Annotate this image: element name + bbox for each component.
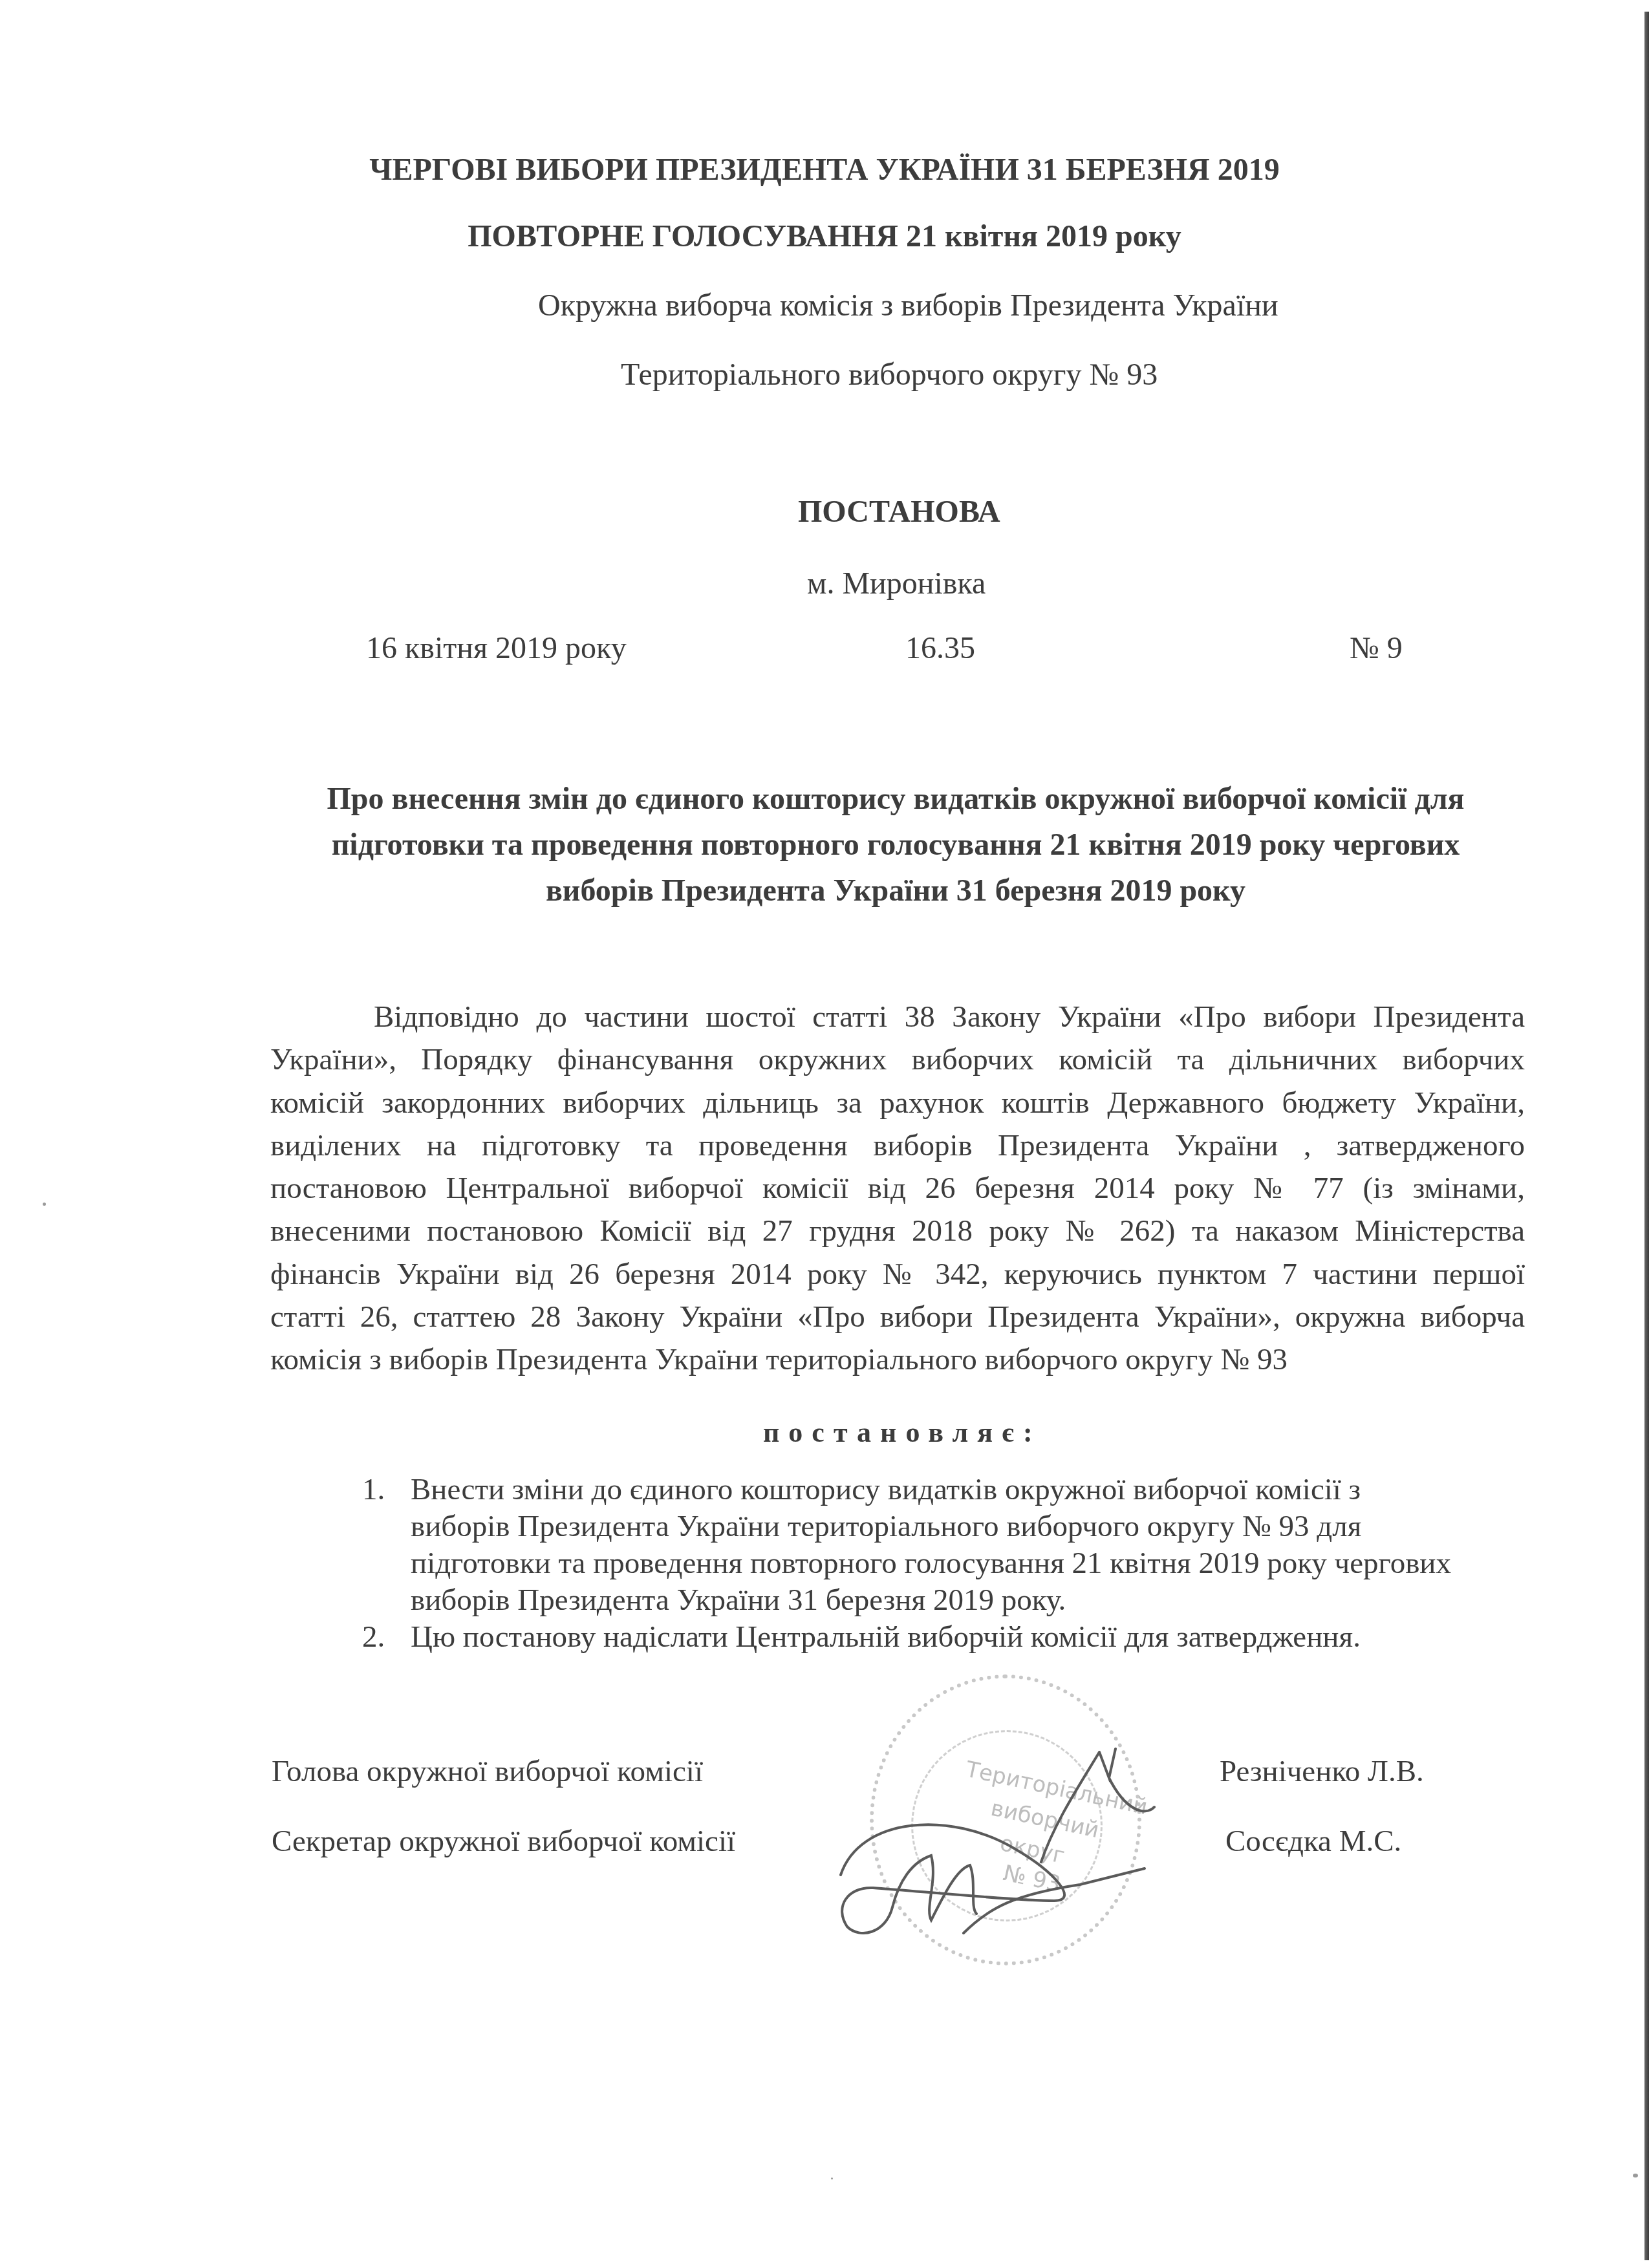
- resolves-label: постановляє:: [763, 1416, 1042, 1449]
- preamble-line: Відповідно до частини шостої статті 38 З…: [270, 996, 1525, 1038]
- document-place: м. Миронівка: [807, 566, 986, 602]
- scan-edge-border: [1644, 12, 1649, 2260]
- document-date: 16 квітня 2019 року: [366, 630, 627, 667]
- repeat-voting-heading: ПОВТОРНЕ ГОЛОСУВАННЯ 21 квітня 2019 року: [0, 219, 1649, 255]
- resolution-line: підготовки та проведення повторного голо…: [411, 1545, 1578, 1582]
- subject-line: виборів Президента України 31 березня 20…: [265, 868, 1526, 914]
- secretary-name: Сосєдка М.С.: [1225, 1823, 1401, 1859]
- resolution-line: виборів Президента України 31 березня 20…: [411, 1582, 1578, 1619]
- resolution-item-2: 2. Цю постанову надіслати Центральній ви…: [362, 1619, 1578, 1656]
- secretary-title: Секретар окружної виборчої комісії: [272, 1823, 735, 1859]
- preamble-line: виділених на підготовку та проведення ви…: [270, 1124, 1525, 1167]
- district-name: Територіального виборчого округу № 93: [621, 357, 1158, 393]
- election-title: ЧЕРГОВІ ВИБОРИ ПРЕЗИДЕНТА УКРАЇНИ 31 БЕР…: [0, 152, 1649, 188]
- preamble-line: внесеними постановою Комісії від 27 груд…: [270, 1210, 1525, 1252]
- preamble-line: фінансів України від 26 березня 2014 рок…: [270, 1253, 1525, 1296]
- handwritten-signature-icon: [821, 1739, 1158, 1946]
- document-type: ПОСТАНОВА: [798, 494, 1000, 530]
- resolution-line: Цю постанову надіслати Центральній вибор…: [411, 1619, 1578, 1656]
- resolution-number: 1.: [362, 1471, 385, 1508]
- resolutions-list: 1. Внести зміни до єдиного кошторису вид…: [362, 1471, 1578, 1656]
- document-subject: Про внесення змін до єдиного кошторису в…: [265, 776, 1526, 914]
- preamble-line: комісія з виборів Президента України тер…: [270, 1338, 1525, 1381]
- scan-speck: [1633, 2174, 1638, 2177]
- resolution-line: Внести зміни до єдиного кошторису видатк…: [411, 1471, 1578, 1508]
- subject-line: Про внесення змін до єдиного кошторису в…: [265, 776, 1526, 822]
- resolution-number: 2.: [362, 1619, 385, 1656]
- resolution-line: виборів Президента України територіально…: [411, 1508, 1578, 1545]
- resolution-item-1: 1. Внести зміни до єдиного кошторису вид…: [362, 1471, 1578, 1619]
- document-time: 16.35: [905, 630, 975, 667]
- document-number: № 9: [1350, 630, 1403, 667]
- preamble-paragraph: Відповідно до частини шостої статті 38 З…: [270, 996, 1525, 1382]
- preamble-line: статті 26, статтею 28 Закону України «Пр…: [270, 1296, 1525, 1338]
- commission-name: Окружна виборча комісія з виборів Презид…: [538, 288, 1278, 324]
- preamble-line: комісій закордонних виборчих дільниць за…: [270, 1082, 1525, 1124]
- chair-name: Резніченко Л.В.: [1220, 1753, 1424, 1790]
- preamble-line: постановою Центральної виборчої комісії …: [270, 1167, 1525, 1210]
- scan-speck: [43, 1203, 46, 1206]
- preamble-line: України», Порядку фінансування окружних …: [270, 1038, 1525, 1081]
- scan-speck: [831, 2177, 833, 2179]
- subject-line: підготовки та проведення повторного голо…: [265, 822, 1526, 868]
- chair-title: Голова окружної виборчої комісії: [272, 1753, 703, 1790]
